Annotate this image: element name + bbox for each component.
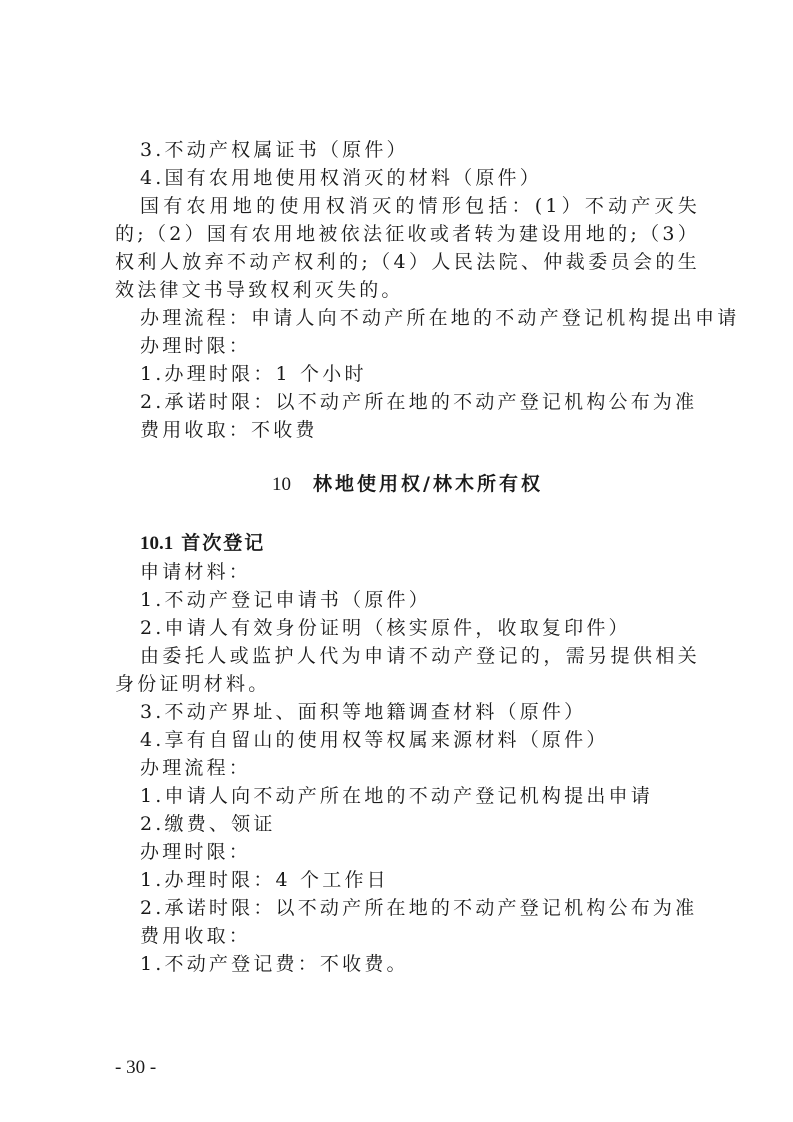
section-number: 10.1: [140, 533, 173, 554]
section-heading: 10.1首次登记: [115, 529, 700, 558]
chapter-title: 林地使用权/林木所有权: [313, 473, 543, 495]
page-number: - 30 -: [115, 1057, 156, 1079]
time-limit-item-2: 2.承诺时限：以不动产所在地的不动产登记机构公布为准: [115, 388, 700, 416]
time-limit-label: 办理时限：: [115, 332, 700, 360]
materials-label: 申请材料：: [115, 558, 700, 586]
section-material-item-2: 2.申请人有效身份证明（核实原件，收取复印件）: [115, 614, 700, 642]
chapter-number: 10: [272, 474, 291, 495]
section-title: 首次登记: [181, 532, 265, 554]
section-material-item-3: 3.不动产界址、面积等地籍调查材料（原件）: [115, 698, 700, 726]
fee-line: 费用收取：不收费: [115, 416, 700, 444]
extinction-cases-paragraph: 国有农用地的使用权消灭的情形包括：(1）不动产灭失的;（2）国有农用地被依法征收…: [115, 192, 700, 304]
document-page: 3.不动产权属证书（原件） 4.国有农用地使用权消灭的材料（原件） 国有农用地的…: [115, 136, 700, 978]
section-fee-label: 费用收取：: [115, 922, 700, 950]
section-time-limit-item-1: 1.办理时限：4 个工作日: [115, 866, 700, 894]
material-item-4: 4.国有农用地使用权消灭的材料（原件）: [115, 164, 700, 192]
time-limit-item-1: 1.办理时限：1 个小时: [115, 360, 700, 388]
section-material-item-4: 4.享有自留山的使用权等权属来源材料（原件）: [115, 726, 700, 754]
material-item-3: 3.不动产权属证书（原件）: [115, 136, 700, 164]
section-process-label: 办理流程：: [115, 754, 700, 782]
section-process-step-2: 2.缴费、领证: [115, 810, 700, 838]
section-process-step-1: 1.申请人向不动产所在地的不动产登记机构提出申请: [115, 782, 700, 810]
section-fee-item-1: 1.不动产登记费：不收费。: [115, 950, 700, 978]
chapter-heading: 10林地使用权/林木所有权: [115, 470, 700, 499]
materials-note: 由委托人或监护人代为申请不动产登记的，需另提供相关身份证明材料。: [115, 642, 700, 698]
section-material-item-1: 1.不动产登记申请书（原件）: [115, 586, 700, 614]
section-time-limit-item-2: 2.承诺时限：以不动产所在地的不动产登记机构公布为准: [115, 894, 700, 922]
process-line: 办理流程：申请人向不动产所在地的不动产登记机构提出申请: [115, 304, 700, 332]
section-time-limit-label: 办理时限：: [115, 838, 700, 866]
